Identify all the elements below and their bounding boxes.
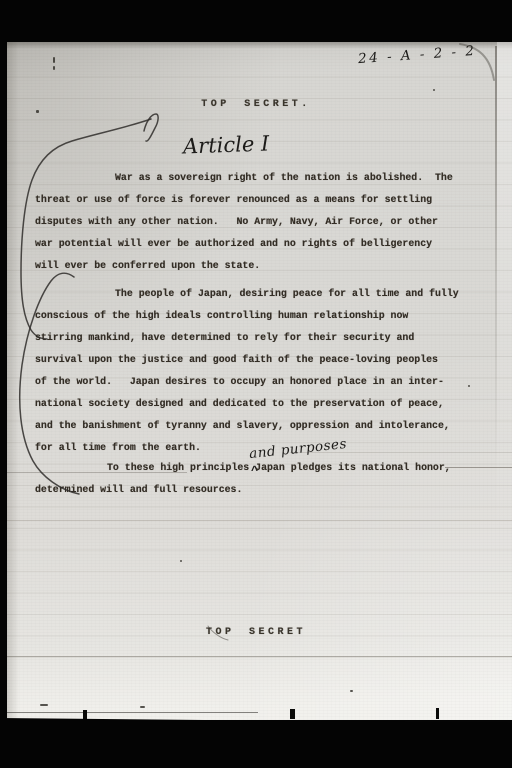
ink-speck — [468, 385, 470, 387]
scan-line — [7, 656, 512, 657]
film-edge-nub — [290, 709, 295, 719]
film-edge-nub — [436, 708, 439, 719]
typed-line: disputes with any other nation. No Army,… — [35, 211, 495, 233]
typed-line: The people of Japan, desiring peace for … — [35, 283, 495, 305]
ink-speck — [40, 704, 48, 706]
ink-speck — [350, 690, 353, 692]
ink-speck — [180, 560, 182, 562]
scanned-document-frame: 24 - A - 2 - 2 TOP SECRET. Article I War… — [0, 0, 512, 768]
ink-mark — [53, 66, 55, 70]
classification-bottom: TOP SECRET — [0, 627, 512, 638]
typed-line: determined will and full resources. — [35, 479, 495, 501]
typed-line: national society designed and dedicated … — [35, 393, 495, 415]
film-edge-nub — [83, 710, 87, 719]
typed-line: conscious of the high ideals controlling… — [35, 305, 495, 327]
paragraph-pledge: To these high principles Japan pledges i… — [35, 457, 495, 501]
ink-speck — [433, 89, 435, 91]
paragraph-war-renounced: War as a sovereign right of the nation i… — [35, 167, 495, 277]
handwritten-article-heading: Article I — [183, 132, 270, 159]
ink-mark — [53, 57, 55, 63]
typed-line: stirring mankind, have determined to rel… — [35, 327, 495, 349]
film-border-left — [0, 0, 7, 768]
ink-speck — [36, 110, 39, 113]
film-border-top — [0, 0, 512, 42]
typed-line: war potential will ever be authorized an… — [35, 233, 495, 255]
typed-line: War as a sovereign right of the nation i… — [35, 167, 495, 189]
typed-line: of the world. Japan desires to occupy an… — [35, 371, 495, 393]
typed-line: will ever be conferred upon the state. — [35, 255, 495, 277]
film-border-bottom — [0, 714, 512, 768]
typed-line: threat or use of force is forever renoun… — [35, 189, 495, 211]
typed-line: and the banishment of tyranny and slaver… — [35, 415, 495, 437]
page-bottom-edge-line — [0, 712, 258, 713]
paragraph-people-of-japan: The people of Japan, desiring peace for … — [35, 283, 495, 459]
typed-line: survival upon the justice and good faith… — [35, 349, 495, 371]
typed-line: To these high principles Japan pledges i… — [35, 457, 495, 479]
classification-top: TOP SECRET. — [0, 99, 512, 110]
ink-speck — [140, 706, 145, 708]
scan-line — [7, 520, 512, 521]
